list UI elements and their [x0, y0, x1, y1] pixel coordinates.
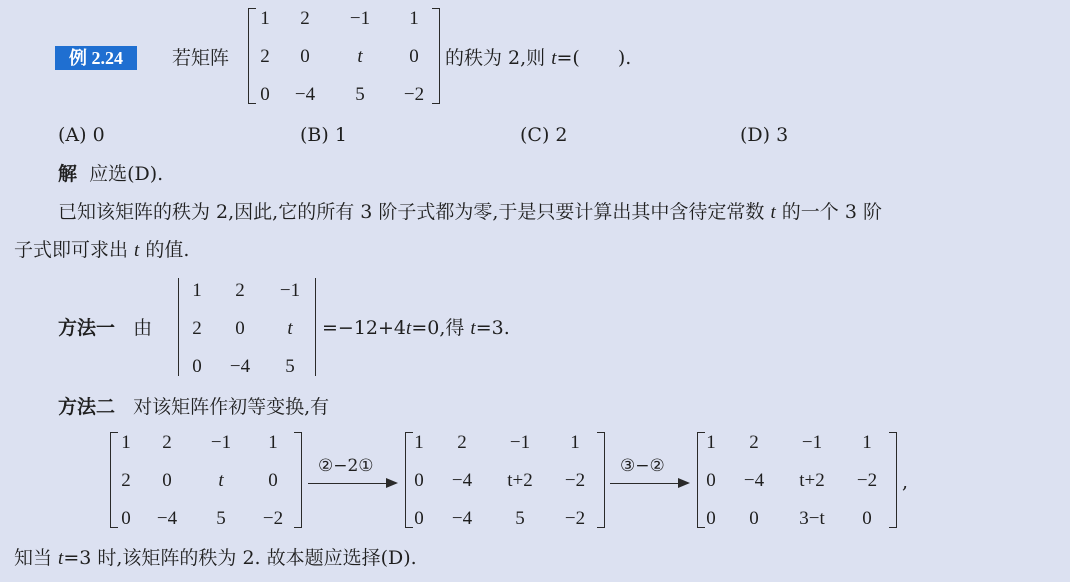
- matrix-cell: 5: [268, 348, 312, 386]
- matrix-cell: 0: [725, 500, 783, 538]
- problem-lead: 若矩阵: [172, 46, 229, 70]
- trailing-comma: ,: [902, 470, 908, 494]
- method2-matrix-1: 12−1120t00−45−2: [110, 432, 302, 528]
- matrix-cell: 5: [192, 500, 250, 538]
- matrix-cell: −1: [330, 0, 390, 38]
- problem-matrix: 12−1120t00−45−2: [248, 8, 440, 104]
- matrix-cell: 0: [280, 38, 330, 76]
- matrix-cell: 1: [841, 424, 893, 462]
- matrix-cell: 1: [182, 272, 212, 310]
- method2-matrix-2: 12−110−4t+2−20−45−2: [405, 432, 605, 528]
- matrix-cell: −2: [841, 462, 893, 500]
- matrix-cell: −4: [725, 462, 783, 500]
- op-label-1: ②−2①: [318, 456, 374, 476]
- matrix-cell: −2: [390, 76, 438, 114]
- matrix-cell: 0: [142, 462, 192, 500]
- matrix-cell: −2: [549, 500, 601, 538]
- matrix-cell: 0: [212, 310, 268, 348]
- matrix-cell: 0: [390, 38, 438, 76]
- matrix-cell: t+2: [491, 462, 549, 500]
- matrix-cell: 2: [182, 310, 212, 348]
- matrix-cell: −4: [142, 500, 192, 538]
- option-a: (A) 0: [58, 123, 105, 147]
- matrix-cell: −2: [250, 500, 296, 538]
- matrix-cell: 0: [182, 348, 212, 386]
- matrix-cell: −2: [549, 462, 601, 500]
- matrix-cell: 2: [280, 0, 330, 38]
- op-label-2: ③−②: [620, 456, 665, 476]
- matrix-cell: 2: [433, 424, 491, 462]
- method1-heading: 方法一 由: [58, 316, 152, 340]
- matrix-cell: t: [330, 38, 390, 76]
- solution-answer: 解 应选(D).: [58, 162, 163, 186]
- method2-matrix-3: 12−110−4t+2−2003−t0: [697, 432, 897, 528]
- matrix-cell: 0: [250, 462, 296, 500]
- matrix-cell: 3−t: [783, 500, 841, 538]
- matrix-cell: 1: [250, 424, 296, 462]
- conclusion: 知当 t=3 时,该矩阵的秩为 2. 故本题应选择(D).: [14, 546, 417, 571]
- matrix-cell: −4: [212, 348, 268, 386]
- matrix-cell: 1: [390, 0, 438, 38]
- method1-result: =−12+4t=0,得 t=3.: [322, 316, 510, 341]
- arrow-right-icon: [610, 483, 688, 484]
- matrix-cell: t+2: [783, 462, 841, 500]
- solution-para2: 子式即可求出 t 的值.: [14, 238, 189, 263]
- matrix-cell: 5: [330, 76, 390, 114]
- problem-tail: 的秩为 2,则 t=( ).: [445, 46, 631, 71]
- matrix-cell: 1: [549, 424, 601, 462]
- matrix-cell: −4: [280, 76, 330, 114]
- matrix-cell: 5: [491, 500, 549, 538]
- solution-para1: 已知该矩阵的秩为 2,因此,它的所有 3 阶子式都为零,于是只要计算出其中含待定…: [58, 200, 882, 225]
- matrix-cell: 2: [725, 424, 783, 462]
- matrix-cell: −1: [783, 424, 841, 462]
- arrow-right-icon: [308, 483, 396, 484]
- matrix-cell: t: [268, 310, 312, 348]
- option-d: (D) 3: [740, 123, 788, 147]
- matrix-cell: −4: [433, 462, 491, 500]
- example-badge: 例 2.24: [55, 46, 137, 70]
- method1-determinant: 12−120t0−45: [178, 278, 316, 376]
- matrix-cell: 2: [212, 272, 268, 310]
- matrix-cell: −1: [192, 424, 250, 462]
- option-b: (B) 1: [300, 123, 347, 147]
- matrix-cell: −1: [268, 272, 312, 310]
- matrix-cell: −4: [433, 500, 491, 538]
- matrix-cell: 0: [841, 500, 893, 538]
- method2-heading: 方法二 对该矩阵作初等变换,有: [58, 395, 329, 419]
- option-c: (C) 2: [520, 123, 568, 147]
- matrix-cell: 2: [142, 424, 192, 462]
- matrix-cell: t: [192, 462, 250, 500]
- matrix-cell: −1: [491, 424, 549, 462]
